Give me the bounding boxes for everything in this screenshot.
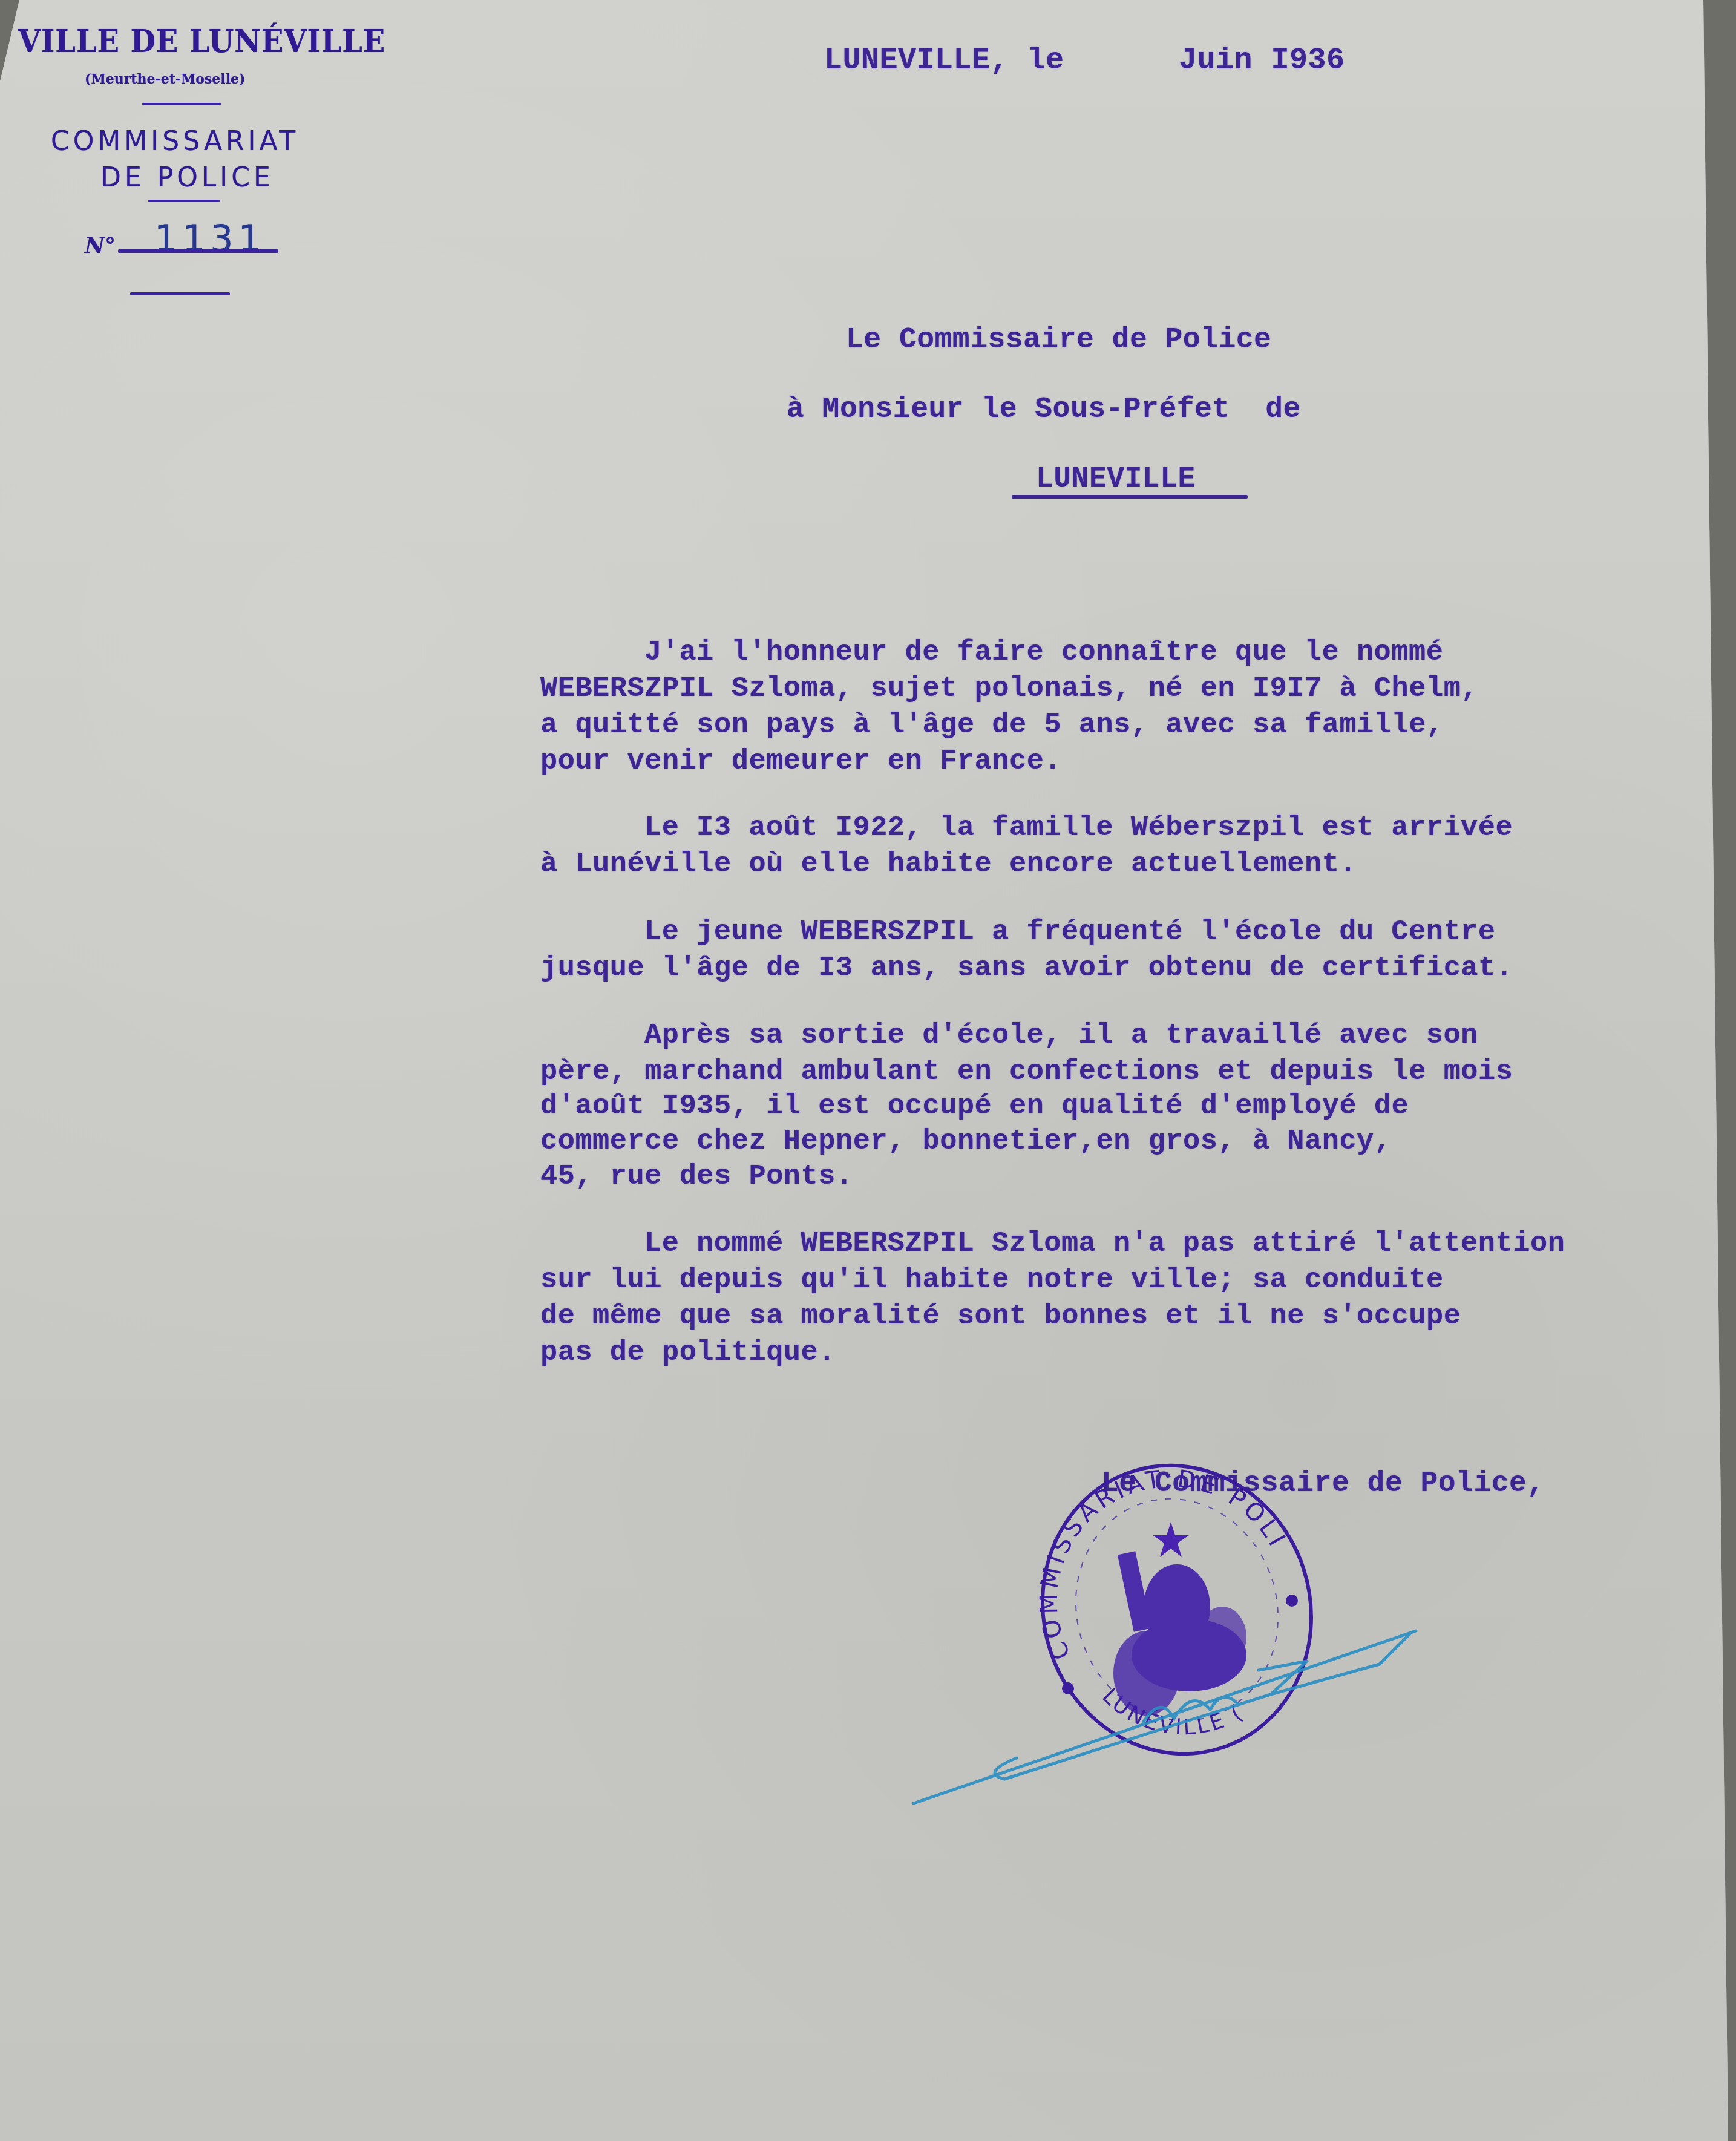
stamp-number-label: N° [85,233,116,258]
stamp-department: (Meurthe-et-Moselle) [85,71,245,87]
body-line: jusque l'âge de I3 ans, sans avoir obten… [540,951,1513,987]
body-line: J'ai l'honneur de faire connaître que le… [644,635,1443,671]
stamp-rule-3 [130,292,230,295]
body-line: 45, rue des Ponts. [540,1159,853,1195]
stamp-rule-1 [142,103,221,105]
body-line: père, marchand ambulant en confections e… [540,1055,1513,1090]
stamp-office-line2: DE POLICE [100,162,274,193]
address-from: Le Commissaire de Police [846,324,1271,356]
body-line: Après sa sortie d'école, il a travaillé … [644,1018,1478,1054]
body-line: à Lunéville où elle habite encore actuel… [540,847,1357,883]
dateline-date: Juin I936 [1179,44,1345,78]
handwritten-signature-icon [908,1573,1422,1815]
body-line: Le I3 août I922, la famille Wéberszpil e… [644,811,1513,847]
stamp-number-underline [118,249,278,253]
body-line: commerce chez Hepner, bonnetier,en gros,… [540,1124,1392,1160]
body-line: pas de politique. [540,1336,836,1371]
stamp-rule-2 [148,200,220,202]
stamp-number-value: 1131 [154,218,266,260]
body-line: Le nommé WEBERSZPIL Szloma n'a pas attir… [644,1227,1565,1262]
dateline-place: LUNEVILLE, le [824,44,1064,78]
stamp-office-line1: COMMISSARIAT [51,126,299,157]
address-to: à Monsieur le Sous-Préfet de [787,393,1301,426]
address-city-underline [1012,495,1248,499]
address-city: LUNEVILLE [1036,463,1196,496]
body-line: pour venir demeurer en France. [540,744,1061,780]
body-line: WEBERSZPIL Szloma, sujet polonais, né en… [540,672,1478,707]
body-line: de même que sa moralité sont bonnes et i… [540,1299,1461,1335]
body-line: a quitté son pays à l'âge de 5 ans, avec… [540,708,1444,744]
body-line: sur lui depuis qu'il habite notre ville;… [540,1263,1444,1299]
body-line: Le jeune WEBERSZPIL a fréquenté l'école … [644,915,1496,951]
stamp-town: VILLE DE LUNÉVILLE [18,23,385,60]
body-line: d'août I935, il est occupé en qualité d'… [540,1089,1409,1125]
